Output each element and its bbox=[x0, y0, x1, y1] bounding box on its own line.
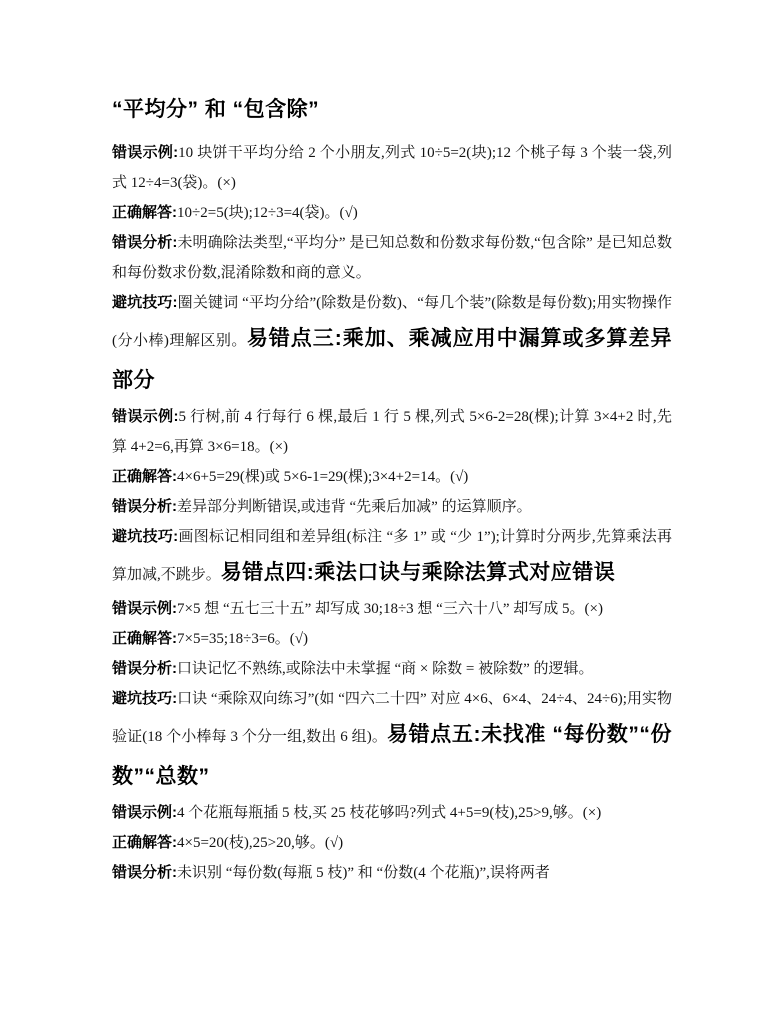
paragraph-label: 错误分析: bbox=[112, 660, 177, 677]
paragraph-text: 7×5=35;18÷3=6。(√) bbox=[177, 631, 308, 647]
paragraph-label: 正确解答: bbox=[112, 468, 177, 485]
paragraph: 错误分析:差异部分判断错误,或违背 “先乘后加减” 的运算顺序。 bbox=[112, 492, 672, 522]
paragraph-text: 4×6+5=29(棵)或 5×6-1=29(棵);3×4+2=14。(√) bbox=[177, 469, 468, 485]
paragraph-text: 未明确除法类型,“平均分” 是已知总数和份数求每份数,“包含除” 是已知总数和每… bbox=[112, 235, 672, 281]
paragraph-text: 10 块饼干平均分给 2 个小朋友,列式 10÷5=2(块);12 个桃子每 3… bbox=[112, 145, 672, 191]
paragraph-label: 正确解答: bbox=[112, 204, 177, 221]
runin-section-heading: 易错点四:乘法口诀与乘除法算式对应错误 bbox=[221, 561, 616, 584]
paragraph: 避坑技巧:画图标记相同组和差异组(标注 “多 1” 或 “少 1”);计算时分两… bbox=[112, 522, 672, 594]
section-heading-continuation: “平均分” 和 “包含除” bbox=[112, 90, 672, 130]
paragraph: 错误分析:未明确除法类型,“平均分” 是已知总数和份数求每份数,“包含除” 是已… bbox=[112, 228, 672, 288]
paragraph-text: 4×5=20(枝),25>20,够。(√) bbox=[177, 835, 343, 851]
paragraph-text: 口诀记忆不熟练,或除法中未掌握 “商 × 除数 = 被除数” 的逻辑。 bbox=[177, 661, 594, 677]
paragraph: 避坑技巧:圈关键词 “平均分给”(除数是份数)、“每几个装”(除数是每份数);用… bbox=[112, 288, 672, 402]
paragraph: 错误分析:未识别 “每份数(每瓶 5 枝)” 和 “份数(4 个花瓶)”,误将两… bbox=[112, 858, 672, 888]
paragraph-label: 避坑技巧: bbox=[112, 294, 178, 311]
paragraph: 正确解答:7×5=35;18÷3=6。(√) bbox=[112, 624, 672, 654]
paragraph-text: 7×5 想 “五七三十五” 却写成 30;18÷3 想 “三六十八” 却写成 5… bbox=[177, 601, 603, 617]
paragraph-text: 5 行树,前 4 行每行 6 棵,最后 1 行 5 棵,列式 5×6-2=28(… bbox=[112, 409, 672, 455]
paragraph-label: 避坑技巧: bbox=[112, 690, 177, 707]
paragraph-label: 避坑技巧: bbox=[112, 528, 178, 545]
paragraph: 错误示例:7×5 想 “五七三十五” 却写成 30;18÷3 想 “三六十八” … bbox=[112, 594, 672, 624]
paragraph-text: 差异部分判断错误,或违背 “先乘后加减” 的运算顺序。 bbox=[177, 499, 532, 515]
paragraph: 避坑技巧:口诀 “乘除双向练习”(如 “四六二十四” 对应 4×6、6×4、24… bbox=[112, 684, 672, 798]
paragraph-label: 错误分析: bbox=[112, 498, 177, 515]
paragraph-label: 错误示例: bbox=[112, 144, 178, 161]
paragraph-text: 10÷2=5(块);12÷3=4(袋)。(√) bbox=[177, 205, 358, 221]
paragraph: 正确解答:4×6+5=29(棵)或 5×6-1=29(棵);3×4+2=14。(… bbox=[112, 462, 672, 492]
paragraph: 错误示例:5 行树,前 4 行每行 6 棵,最后 1 行 5 棵,列式 5×6-… bbox=[112, 402, 672, 462]
paragraph-label: 错误示例: bbox=[112, 804, 177, 821]
paragraph-label: 错误分析: bbox=[112, 234, 177, 251]
paragraph-text: 未识别 “每份数(每瓶 5 枝)” 和 “份数(4 个花瓶)”,误将两者 bbox=[177, 865, 550, 881]
paragraph: 正确解答:10÷2=5(块);12÷3=4(袋)。(√) bbox=[112, 198, 672, 228]
paragraph: 错误示例:4 个花瓶每瓶插 5 枝,买 25 枝花够吗?列式 4+5=9(枝),… bbox=[112, 798, 672, 828]
paragraph-label: 正确解答: bbox=[112, 630, 177, 647]
paragraph: 正确解答:4×5=20(枝),25>20,够。(√) bbox=[112, 828, 672, 858]
paragraph-label: 正确解答: bbox=[112, 834, 177, 851]
paragraph-label: 错误分析: bbox=[112, 864, 177, 881]
paragraph-label: 错误示例: bbox=[112, 600, 177, 617]
document-page: “平均分” 和 “包含除” 错误示例:10 块饼干平均分给 2 个小朋友,列式 … bbox=[0, 0, 778, 1024]
paragraph: 错误示例:10 块饼干平均分给 2 个小朋友,列式 10÷5=2(块);12 个… bbox=[112, 138, 672, 198]
paragraph-label: 错误示例: bbox=[112, 408, 178, 425]
paragraph-text: 4 个花瓶每瓶插 5 枝,买 25 枝花够吗?列式 4+5=9(枝),25>9,… bbox=[177, 805, 601, 821]
paragraph: 错误分析:口诀记忆不熟练,或除法中未掌握 “商 × 除数 = 被除数” 的逻辑。 bbox=[112, 654, 672, 684]
